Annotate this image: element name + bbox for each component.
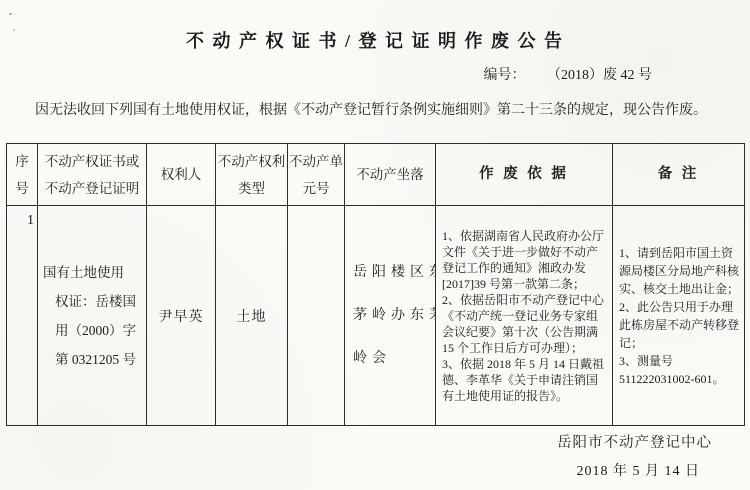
cell-right-type: 土地 bbox=[216, 206, 288, 426]
cell-seq: 1 bbox=[7, 206, 38, 426]
doc-number-value: （2018）废 42 号 bbox=[547, 68, 652, 83]
header-seq: 序 号 bbox=[7, 144, 38, 206]
intro-text: 因无法收回下列国有土地使用权证，根据《不动产登记暂行条例实施细则》第二十三条的规… bbox=[35, 101, 722, 121]
cell-remark: 1、请到岳阳市国土资源局楼区分局地产科核实、核交土地出让金； 2、此公告只用于办… bbox=[613, 206, 745, 426]
cell-unit-no bbox=[288, 206, 345, 426]
header-certificate: 不动产权证书或 不动产登记证明 bbox=[38, 144, 147, 206]
cell-holder: 尹早英 bbox=[147, 206, 216, 426]
scan-speck bbox=[9, 13, 12, 15]
table-row: 1 国有土地使用 权证：岳楼国 用（2000）字 第 0321205 号 尹早英… bbox=[7, 206, 745, 426]
issuing-org: 岳阳市不动产登记中心 bbox=[557, 431, 712, 452]
scan-speck bbox=[13, 29, 15, 31]
cell-basis: 1、依据湖南省人民政府办公厅文件《关于进一步做好不动产登记工作的通知》湘政办发[… bbox=[436, 206, 613, 426]
header-remark: 备 注 bbox=[613, 144, 745, 206]
notice-document: 不 动 产 权 证 书 / 登 记 证 明 作 废 公 告 编号： （2018）… bbox=[0, 0, 750, 490]
issue-date: 2018 年 5 月 14 日 bbox=[577, 460, 701, 480]
header-basis: 作 废 依 据 bbox=[436, 144, 613, 206]
header-unit-no: 不动产单 元号 bbox=[288, 144, 345, 206]
header-holder: 权利人 bbox=[147, 144, 216, 206]
cell-certificate: 国有土地使用 权证：岳楼国 用（2000）字 第 0321205 号 bbox=[38, 206, 147, 426]
table-header-row: 序 号 不动产权证书或 不动产登记证明 权利人 不动产权利 类型 不动产单 元号 bbox=[7, 144, 745, 206]
notice-table: 序 号 不动产权证书或 不动产登记证明 权利人 不动产权利 类型 不动产单 元号 bbox=[6, 143, 745, 426]
header-location: 不动产坐落 bbox=[345, 144, 436, 206]
doc-number-label: 编号： bbox=[484, 68, 526, 83]
doc-number: 编号： （2018）废 42 号 bbox=[0, 64, 750, 84]
page-title: 不 动 产 权 证 书 / 登 记 证 明 作 废 公 告 bbox=[0, 27, 750, 53]
cell-location: 岳阳楼区东 茅岭办东茅 岭会 bbox=[345, 206, 436, 426]
header-right-type: 不动产权利 类型 bbox=[216, 144, 288, 206]
